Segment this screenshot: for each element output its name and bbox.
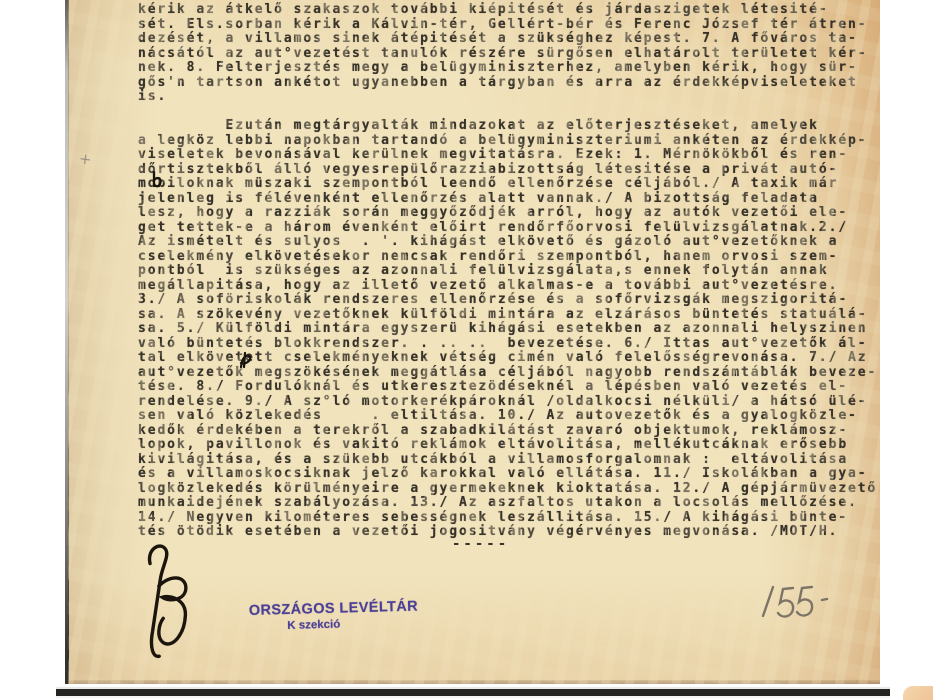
- text-line: Az ismételt és sulyos . '. kihágást elkö…: [138, 235, 883, 250]
- text-line: is.: [138, 90, 883, 105]
- text-line: nácsától az aut°vezetést tanulók részére…: [138, 47, 883, 62]
- text-line: jelenleg is félévenként ellenőrzés alatt…: [138, 192, 883, 207]
- text-line: nek. 8. Felterjesztés megy a belügyminis…: [138, 61, 883, 76]
- text-line: dezését, a villamos sinek átépitését a s…: [138, 32, 883, 47]
- page-number-strokes: [752, 578, 847, 626]
- scanned-document-page: { "document": { "language": "Hungarian",…: [0, 0, 933, 700]
- text-line: megállapitása, hogy az illető vezető alk…: [138, 279, 883, 294]
- archive-stamp: ORSZÁGOS LEVÉLTÁR K szekció: [249, 599, 400, 633]
- ink-overstrike-icon: [238, 352, 252, 373]
- text-line: dőrtisztekből álló vegyesrepülőrazziabiz…: [138, 163, 883, 178]
- text-line: való büntetés blokkrendszer. . .. .. bev…: [138, 337, 883, 352]
- pencil-plus-mark: +: [78, 149, 93, 169]
- text-line: a legköz lebbi napokban tartandó a belüg…: [138, 134, 883, 149]
- text-line: 14./ Negyven kilométeres sebességnek les…: [138, 511, 883, 526]
- text-line: lopok, pavillonok és vakitó reklámok elt…: [138, 438, 883, 453]
- handwritten-signature: [112, 536, 202, 675]
- text-line: kivilágitása, és a szükebb utcákból a vi…: [138, 453, 883, 468]
- text-line: viseletek bevonásával kerülnek megvitatá…: [138, 148, 883, 163]
- text-line: rendelése. 9./ A sz°ló motorkerékpárokná…: [138, 395, 883, 410]
- scan-edge-bar: [56, 689, 890, 696]
- text-line: sét. Els.sorban kérik a Kálvin-tér, Gell…: [138, 18, 883, 33]
- text-line: 3./ A soföriskolák rendszeres ellenőrzés…: [138, 293, 883, 308]
- text-line: logközlekedés körülményeire a gyermekekn…: [138, 482, 883, 497]
- text-line: sa. A szökevény vezetőknek külföldi mint…: [138, 308, 883, 323]
- ink-overstrike-icon: [151, 171, 164, 193]
- separator-dashes: -----: [452, 536, 509, 552]
- page-number-handwritten: [752, 578, 847, 630]
- paper-bottom-edge: [68, 680, 880, 684]
- text-line: kérik az átkelő szakaszok további kiépit…: [138, 3, 883, 18]
- text-line: Ezután megtárgyalták mindazokat az előte…: [138, 119, 883, 134]
- text-line: lesz, hogy a razziák során meggyőződjék …: [138, 206, 883, 221]
- text-line: tése. 8./ Fordulóknál és utkeresztezödés…: [138, 380, 883, 395]
- next-page-corner: [903, 686, 933, 700]
- text-line: kedők érdekében a terekről a szabadkilát…: [138, 424, 883, 439]
- text-line: és a villamoskocsiknak jelző karokkal va…: [138, 467, 883, 482]
- text-line: cselekmény elkövetésekor nemcsak rendőri…: [138, 250, 883, 265]
- signature-strokes: [112, 536, 202, 671]
- stamp-title: ORSZÁGOS LEVÉLTÁR: [249, 599, 399, 619]
- text-line: sa. 5./ Külföldi mintára egyszerü kihágá…: [138, 322, 883, 337]
- text-line: gős'n tartson ankétot ugyanebben a tárgy…: [138, 76, 883, 91]
- text-line: mobiloknak müszaki szempontból leendő el…: [138, 177, 883, 192]
- text-line: sen való közlekedés . eltiltása. 10./ Az…: [138, 409, 883, 424]
- paper-left-edge: [65, 0, 69, 684]
- text-line: tés ötödik esetében a vezetői jogositván…: [138, 525, 883, 540]
- text-line: pontból is szükséges az azonnali felülvi…: [138, 264, 883, 279]
- blank-line: [138, 105, 883, 120]
- typewritten-text: kérik az átkelő szakaszok további kiépit…: [138, 3, 883, 540]
- text-line: get tettek-e a három évenként előirt ren…: [138, 221, 883, 236]
- text-line: munkaidejének szabályozása. 13./ Az aszf…: [138, 496, 883, 511]
